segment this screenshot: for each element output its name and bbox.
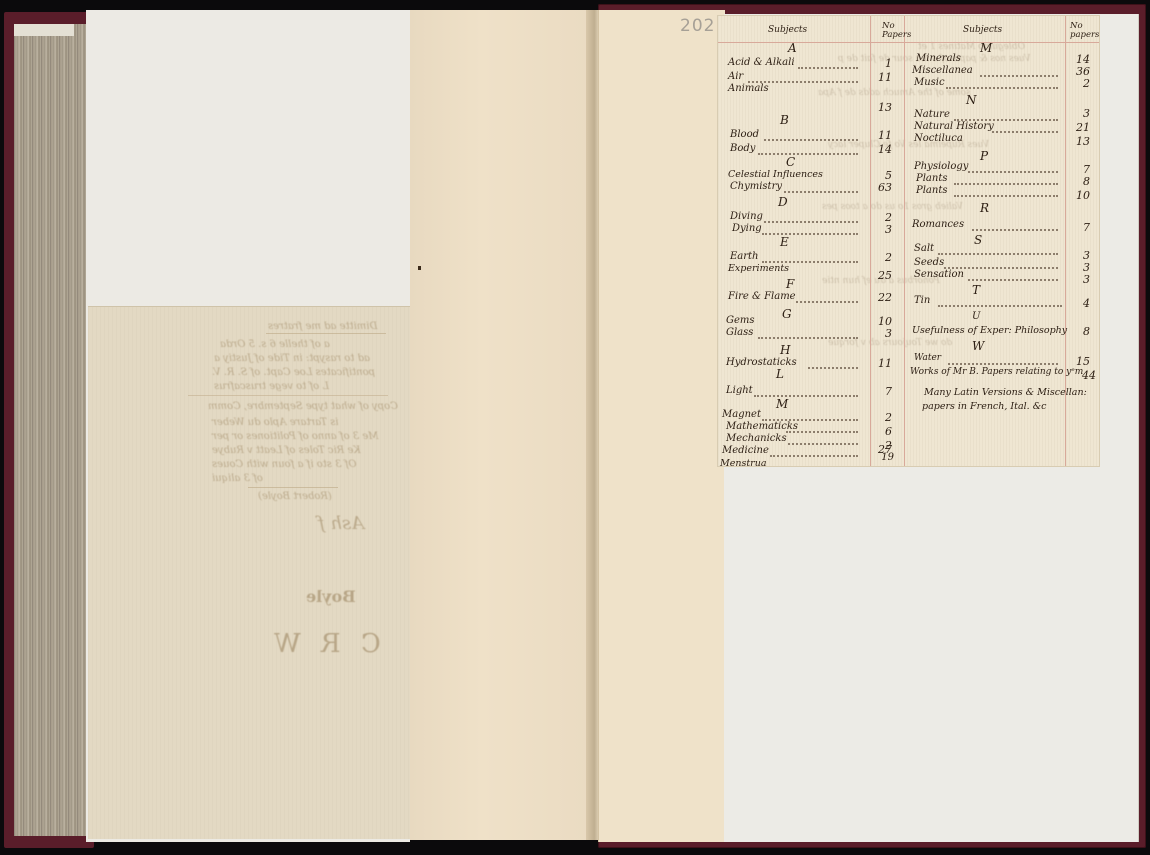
leader-dots [786,430,858,433]
show-through-rule [188,395,388,396]
letter-heading-h: H [780,344,790,356]
subject-plants-1: Plants [916,174,947,184]
leader-dots [938,252,1058,255]
show-through-line: a of thelle 6 s. 5 Orda [220,339,330,350]
page-stack-top [14,24,74,36]
count: 14 [868,144,892,155]
show-through-line: Me 3 of anno of Politiones or per [212,431,378,442]
subject-body: Body [730,144,755,154]
count-menstrua: 27 [868,444,892,455]
show-through-initials: C R W [268,629,381,659]
letter-heading-m-left: M [776,398,788,410]
subject-chymistry: Chymistry [730,182,782,192]
right-count-header: No papers [1070,22,1098,40]
letter-heading-a: A [788,42,797,54]
count: 21 [1070,122,1090,133]
show-through-line: of 3 aliqui [212,473,263,484]
count: 2 [868,252,892,263]
letter-heading-r: R [980,202,989,214]
right-subjects-header: Subjects [963,26,1002,35]
letter-heading-u: U [972,312,980,322]
subject-diving: Diving [730,212,763,222]
subject-music: Music [914,78,945,88]
count: 25 [868,270,892,281]
letter-heading-m-right: M [980,42,992,54]
subject-minerals: Minerals [916,54,961,64]
leader-dots [788,442,858,445]
letter-heading-p: P [980,150,988,162]
show-through-line: (Robert Boyle) [258,491,332,502]
leader-dots [946,86,1058,89]
subject-seeds: Seeds [914,258,944,268]
count: 5 [868,170,892,181]
count: 13 [868,102,892,113]
subject-acid-alkali: Acid & Alkali [728,58,795,68]
count: 36 [1070,66,1090,77]
column-rule [904,16,905,466]
count: 3 [1070,262,1090,273]
leader-dots [784,190,858,193]
leader-dots [968,170,1058,173]
leader-dots [754,394,858,397]
letter-heading-n: N [966,94,977,106]
leader-dots [764,138,858,141]
subject-celestial-influences: Celestial Influences [728,170,823,180]
count: 11 [868,72,892,83]
guard-stub-left [410,10,590,840]
show-through-line: ad to rasypt: in Tide of Justiy a [214,353,370,364]
count: 15 [1070,356,1090,367]
count: 7 [868,386,892,397]
subject-water: Water [914,354,941,363]
leader-dots [948,362,1058,365]
count: 2 [868,212,892,223]
subject-mechanicks: Mechanicks [726,434,787,444]
bleed-through-text: some of the Amuch adds de f Apa [818,88,971,98]
subject-experiments: Experiments [728,264,789,274]
show-through-line: L of to vege truscafrus [214,381,329,392]
count: 8 [1070,326,1090,337]
subject-earth: Earth [730,252,759,262]
show-through-line: Of 3 sto if a foun with Coues [212,459,357,470]
subject-usefulness: Usefulness of Exper: Philosophy [912,326,1067,336]
subject-romances: Romances [912,220,964,230]
subject-animals: Animals [728,84,769,94]
show-through-line: pontificates Loe Capt. of S. R. V. [212,367,375,378]
leader-dots [980,74,1058,77]
leader-dots [758,152,858,155]
ink-spot [418,266,421,270]
header-rule [718,42,1099,43]
left-subjects-header: Subjects [768,26,807,35]
leader-dots [954,194,1058,197]
show-through-line: is Tartare Aplo du Weber [212,417,339,428]
subject-glass: Glass [726,328,753,338]
subject-tin: Tin [914,296,930,306]
subject-salt: Salt [914,244,934,254]
folio-number: 202 [680,16,715,36]
subject-hydrostaticks: Hydrostaticks [726,358,797,368]
index-manuscript-sheet: Vues nos & papis of e ma sour de fait de… [718,16,1099,466]
count: 4 [1070,298,1090,309]
leader-dots [992,130,1058,133]
count: 7 [1070,164,1090,175]
letter-heading-f: F [786,278,794,290]
note-line-2: papers in French, Ital. &c [922,400,1047,413]
count: 8 [1070,176,1090,187]
letter-heading-g: G [782,308,792,320]
show-through-line: Ke Ric Toles of Leatt v Rubye [212,445,361,456]
subject-air: Air [728,72,743,82]
leader-dots [968,278,1058,281]
subject-physiology: Physiology [914,162,968,172]
leader-dots [770,454,858,457]
letter-heading-t: T [972,284,980,296]
guard-stub-right [598,10,725,842]
show-through-signature: Ash f [318,513,364,534]
show-through-rule [248,487,338,488]
subject-medicine: Medicine [722,446,769,456]
subject-blood: Blood [730,130,759,140]
letter-heading-b: B [780,114,789,126]
show-through-line: Dimitte ad me fratres [268,321,377,332]
folded-letter-verso: Dimitte ad me fratres a of thelle 6 s. 5… [88,306,410,839]
count: 2 [868,412,892,423]
leader-dots [972,228,1058,231]
count: 7 [1070,222,1090,233]
leader-dots [798,66,858,69]
leader-dots [796,300,858,303]
subject-menstrua: Menstrua [720,459,766,469]
count: 11 [868,358,892,369]
subject-magnet: Magnet [722,410,761,420]
count: 22 [868,292,892,303]
count: 3 [868,224,892,235]
leader-dots [808,366,858,369]
subject-works-of-mr-b: Works of Mr B. Papers relating to yᵉm [910,368,1083,377]
count: 6 [868,426,892,437]
count: 63 [868,182,892,193]
leader-dots [938,304,1062,307]
count: 3 [868,328,892,339]
count: 10 [868,316,892,327]
subject-nature: Nature [914,110,950,120]
bleed-through-text: Oblegumo Matines 1 et [918,42,1025,52]
show-through-rule [266,333,386,334]
count: 3 [1070,250,1090,261]
subject-dying: Dying [732,224,762,234]
letter-heading-d: D [778,196,788,208]
bleed-through-text: Valieb gros 1o us do a toos pes [822,202,963,212]
subject-noctiluca: Noctiluca [914,134,963,144]
count: 1 [868,58,892,69]
note-line-1: Many Latin Versions & Miscellan: [924,386,1087,399]
count: 14 [1070,54,1090,65]
subject-sensation: Sensation [914,270,964,280]
letter-heading-l: L [776,368,784,380]
leader-dots [954,182,1058,185]
subject-plants-2: Plants [916,186,947,196]
count: 3 [1070,108,1090,119]
column-rule [870,16,871,466]
letter-heading-e: E [780,236,789,248]
letter-heading-w: W [972,340,984,352]
show-through-line: Copy of what type Septembre, Comm [208,401,398,412]
count: 13 [1070,136,1090,147]
letter-heading-s: S [974,234,982,246]
subject-miscellanea: Miscellanea [912,66,973,76]
leader-dots [762,232,858,235]
count: 3 [1070,274,1090,285]
leader-dots [764,220,858,223]
count: 44 [1070,370,1096,381]
letter-heading-c: C [786,156,795,168]
subject-natural-history: Natural History [914,122,994,132]
leader-dots [758,336,858,339]
left-count-header: No Papers [882,22,916,40]
count: 11 [868,130,892,141]
page-stack-edge [14,24,88,836]
subject-fire-flame: Fire & Flame [728,292,796,302]
subject-light: Light [726,386,753,396]
subject-gems: Gems [726,316,755,326]
bleed-through-text: Vues Rupelma les Vo fe Cluper lacy [828,140,989,150]
show-through-stamp: Boyle [306,587,356,606]
count: 10 [1070,190,1090,201]
count: 2 [1070,78,1090,89]
